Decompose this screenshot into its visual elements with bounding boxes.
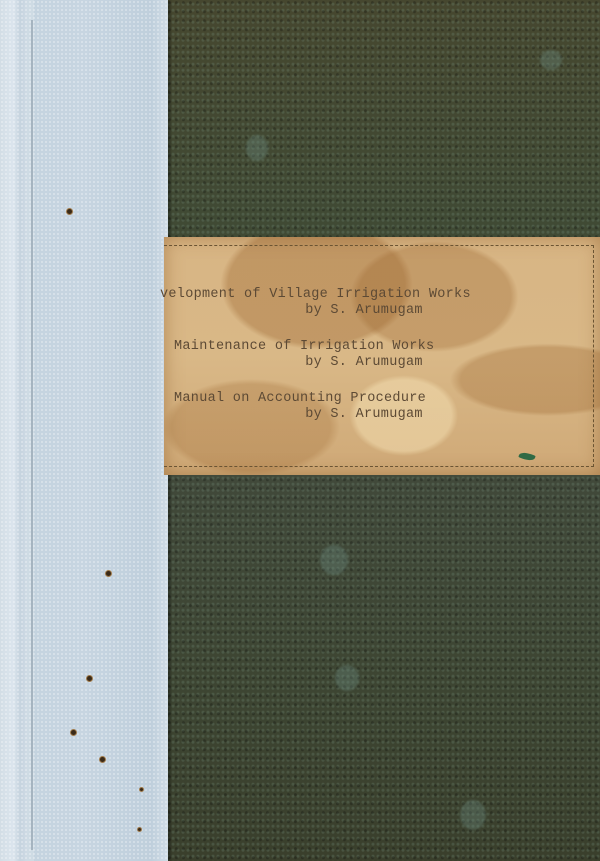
entry-title: Manual on Accounting Procedure [174,391,564,407]
entry-title: Maintenance of Irrigation Works [174,339,564,355]
binding-hole [67,209,72,214]
binding-hole [106,571,111,576]
entry-title: velopment of Village Irrigation Works [160,287,564,303]
spine-fold-highlight [0,0,34,861]
label-entry: velopment of Village Irrigation Works by… [164,287,564,319]
binding-hole [71,730,76,735]
label-entry: Maintenance of Irrigation Works by S. Ar… [164,339,564,371]
water-stain [540,50,562,70]
cloth-spine [0,0,168,861]
title-label: velopment of Village Irrigation Works by… [164,237,600,475]
binding-hole [87,676,92,681]
binding-hole [138,828,141,831]
entry-author: by S. Arumugam [164,355,564,371]
entry-author: by S. Arumugam [164,407,564,423]
book-cover: velopment of Village Irrigation Works by… [0,0,600,861]
binding-hole [100,757,105,762]
water-stain [460,800,486,830]
binding-hole [140,788,143,791]
water-stain [246,135,268,161]
water-stain [335,665,359,691]
entry-author: by S. Arumugam [164,303,564,319]
spine-fold-line [31,20,33,850]
water-stain [320,545,348,575]
label-entry: Manual on Accounting Procedure by S. Aru… [164,391,564,423]
